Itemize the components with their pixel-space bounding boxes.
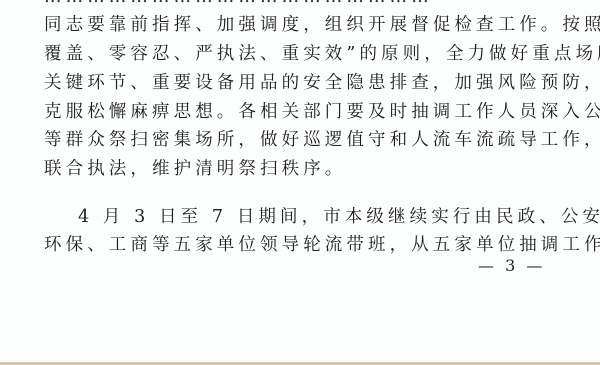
text-line-3: 关键环节、重要设备用品的安全隐患排查，加强风险预防，坚决 (44, 73, 564, 93)
text-line-8: 环保、工商等五家单位领导轮流带班，从五家单位抽调工作人员 (44, 235, 564, 255)
text-line-2: 覆盖、零容忍、严执法、重实效”的原则，全力做好重点场所、 (44, 44, 564, 64)
document-page: ……………………………………………… 同志要靠前指挥、加强调度，组织开展督促检查… (0, 0, 600, 362)
page-number: — 3 — (478, 256, 545, 275)
text-line-7: 4 月 3 日至 7 日期间，市本级继续实行由民政、公安、执法、 (78, 207, 598, 227)
text-line-6: 联合执法，维护清明祭扫秩序。 (44, 159, 564, 179)
clipped-top-line: ……………………………………………… (44, 0, 564, 7)
text-line-4: 克服松懈麻痹思想。各相关部门要及时抽调工作人员深入公墓区 (44, 102, 564, 122)
text-line-1: 同志要靠前指挥、加强调度，组织开展督促检查工作。按照“全 (44, 15, 564, 35)
text-line-5: 等群众祭扫密集场所，做好巡逻值守和人流车流疏导工作，开展 (44, 130, 564, 150)
